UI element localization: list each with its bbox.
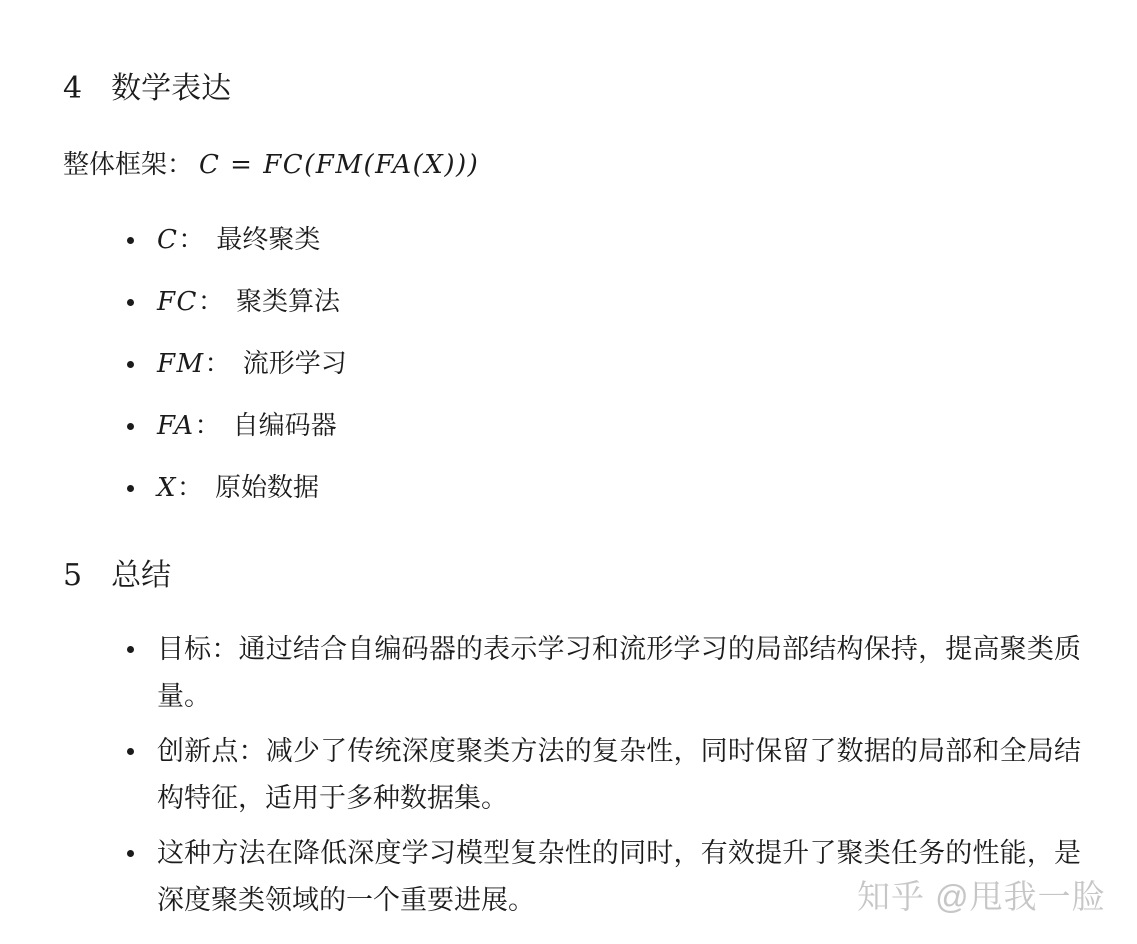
list-item: 目标：通过结合自编码器的表示学习和流形学习的局部结构保持，提高聚类质量。 (63, 626, 1083, 720)
definition-list: C：最终聚类 FC：聚类算法 FM：流形学习 FA：自编码器 X：原始数据 (63, 227, 347, 537)
zhihu-watermark: 知乎 @甩我一脸 (857, 879, 1106, 915)
term-label: 自编码器 (233, 411, 337, 440)
section-5-heading: 5总结 (63, 561, 171, 591)
separator: ： (177, 473, 203, 502)
section-5-number: 5 (63, 561, 82, 591)
term-label: 最终聚类 (216, 225, 320, 254)
term: FC (157, 287, 198, 317)
section-4-title: 数学表达 (111, 72, 231, 105)
bullet-icon (127, 646, 134, 653)
list-item: FA：自编码器 (63, 413, 347, 439)
bullet-icon (127, 423, 134, 430)
summary-text: 目标：通过结合自编码器的表示学习和流形学习的局部结构保持，提高聚类质量。 (157, 626, 1081, 720)
term: FA (157, 411, 195, 441)
separator: ： (205, 349, 231, 378)
term: C (157, 225, 178, 255)
list-item: X：原始数据 (63, 475, 347, 501)
framework-prefix: 整体框架： (63, 150, 193, 179)
framework-line: 整体框架：C = FC(FM(FA(X))) (63, 150, 479, 180)
section-5-title: 总结 (111, 559, 171, 592)
bullet-icon (127, 361, 134, 368)
section-4-number: 4 (63, 74, 82, 104)
separator: ： (178, 225, 204, 254)
term: FM (157, 349, 205, 379)
term-label: 原始数据 (215, 473, 319, 502)
list-item: FC：聚类算法 (63, 289, 347, 315)
list-item: FM：流形学习 (63, 351, 347, 377)
section-4-heading: 4数学表达 (63, 74, 231, 104)
term: X (157, 473, 177, 503)
bullet-icon (127, 237, 134, 244)
bullet-icon (127, 850, 134, 857)
list-item: C：最终聚类 (63, 227, 347, 253)
bullet-icon (127, 299, 134, 306)
separator: ： (198, 287, 224, 316)
bullet-icon (127, 485, 134, 492)
term-label: 流形学习 (243, 349, 347, 378)
list-item: 创新点：减少了传统深度聚类方法的复杂性，同时保留了数据的局部和全局结构特征，适用… (63, 728, 1083, 822)
summary-text: 创新点：减少了传统深度聚类方法的复杂性，同时保留了数据的局部和全局结构特征，适用… (157, 728, 1081, 822)
document-page: 4数学表达 整体框架：C = FC(FM(FA(X))) C：最终聚类 FC：聚… (0, 0, 1137, 944)
separator: ： (195, 411, 221, 440)
bullet-icon (127, 748, 134, 755)
term-label: 聚类算法 (236, 287, 340, 316)
framework-formula: C = FC(FM(FA(X))) (199, 150, 479, 180)
